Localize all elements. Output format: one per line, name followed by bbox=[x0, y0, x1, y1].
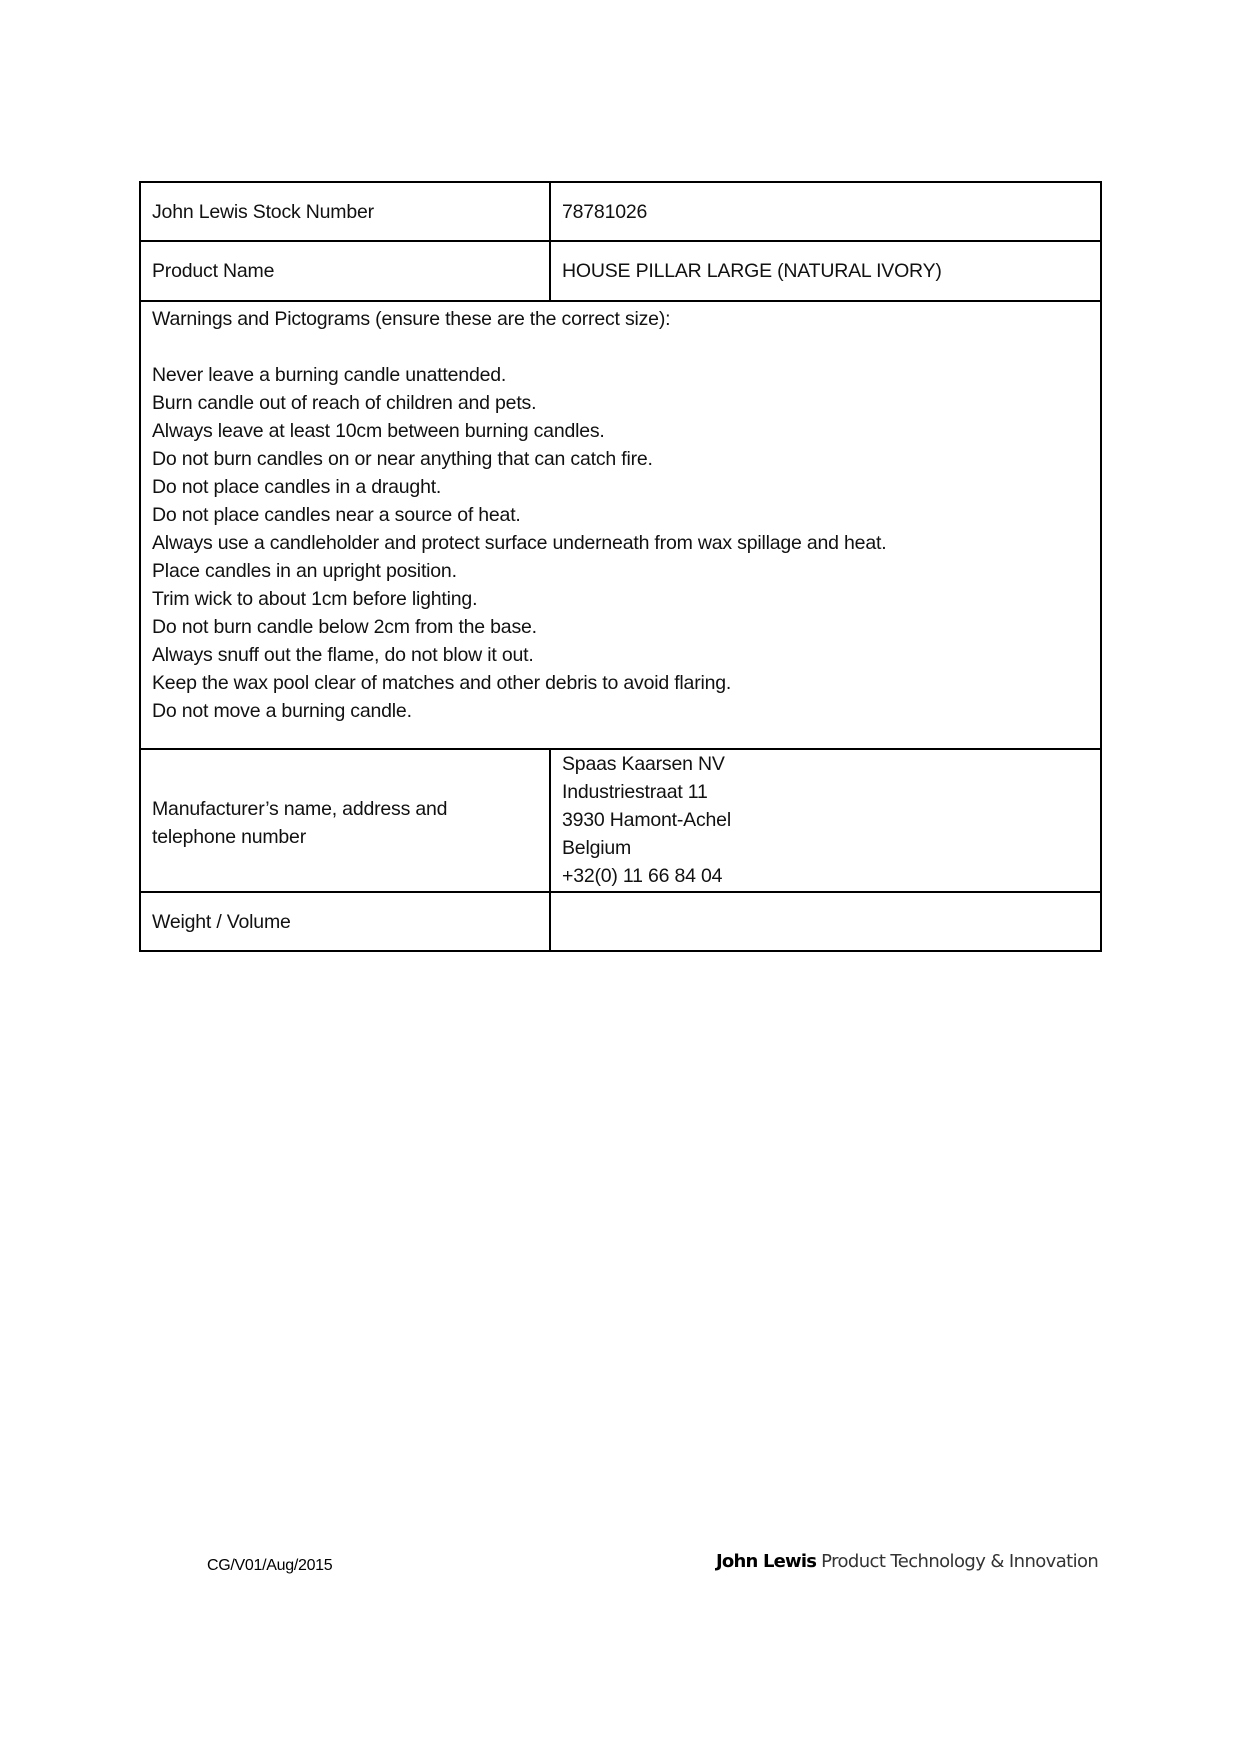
warnings-title: Warnings and Pictograms (ensure these ar… bbox=[152, 305, 1089, 333]
manufacturer-label-line: telephone number bbox=[152, 823, 447, 851]
manufacturer-city: 3930 Hamont-Achel bbox=[562, 806, 731, 834]
stock-number-value: 78781026 bbox=[551, 183, 1100, 240]
brand-name: John Lewis bbox=[716, 1551, 816, 1572]
warning-item: Always snuff out the flame, do not blow … bbox=[152, 641, 1089, 669]
manufacturer-company: Spaas Kaarsen NV bbox=[562, 750, 725, 778]
warnings-cell: Warnings and Pictograms (ensure these ar… bbox=[141, 302, 1100, 725]
manufacturer-phone: +32(0) 11 66 84 04 bbox=[562, 862, 722, 890]
manufacturer-details: Spaas Kaarsen NV Industriestraat 11 3930… bbox=[551, 750, 1100, 891]
brand-logo: John LewisProduct Technology & Innovatio… bbox=[716, 1551, 1098, 1572]
weight-volume-value bbox=[551, 893, 1100, 950]
warning-item: Place candles in an upright position. bbox=[152, 557, 1089, 585]
warning-item: Do not burn candle below 2cm from the ba… bbox=[152, 613, 1089, 641]
warnings-list: Never leave a burning candle unattended.… bbox=[152, 361, 1089, 725]
warning-item: Keep the wax pool clear of matches and o… bbox=[152, 669, 1089, 697]
product-name-value: HOUSE PILLAR LARGE (NATURAL IVORY) bbox=[551, 242, 1100, 300]
manufacturer-row: Manufacturer’s name, address and telepho… bbox=[141, 750, 1100, 893]
manufacturer-street: Industriestraat 11 bbox=[562, 778, 708, 806]
warning-item: Trim wick to about 1cm before lighting. bbox=[152, 585, 1089, 613]
warning-item: Do not burn candles on or near anything … bbox=[152, 445, 1089, 473]
manufacturer-country: Belgium bbox=[562, 834, 631, 862]
warning-item: Always use a candleholder and protect su… bbox=[152, 529, 1089, 557]
warning-item: Do not move a burning candle. bbox=[152, 697, 1089, 725]
spacer bbox=[152, 333, 1089, 361]
product-info-table: John Lewis Stock Number 78781026 Product… bbox=[139, 181, 1102, 952]
product-name-label: Product Name bbox=[141, 242, 551, 300]
weight-volume-row: Weight / Volume bbox=[141, 893, 1100, 950]
warning-item: Burn candle out of reach of children and… bbox=[152, 389, 1089, 417]
product-name-row: Product Name HOUSE PILLAR LARGE (NATURAL… bbox=[141, 242, 1100, 302]
document-code: CG/V01/Aug/2015 bbox=[207, 1557, 332, 1575]
warning-item: Do not place candles near a source of he… bbox=[152, 501, 1089, 529]
warning-item: Do not place candles in a draught. bbox=[152, 473, 1089, 501]
brand-tagline: Product Technology & Innovation bbox=[821, 1551, 1098, 1572]
warning-item: Never leave a burning candle unattended. bbox=[152, 361, 1089, 389]
warnings-row: Warnings and Pictograms (ensure these ar… bbox=[141, 302, 1100, 750]
stock-number-row: John Lewis Stock Number 78781026 bbox=[141, 183, 1100, 242]
manufacturer-label-line: Manufacturer’s name, address and bbox=[152, 795, 447, 823]
weight-volume-label: Weight / Volume bbox=[141, 893, 551, 950]
manufacturer-label: Manufacturer’s name, address and telepho… bbox=[141, 750, 551, 891]
stock-number-label: John Lewis Stock Number bbox=[141, 183, 551, 240]
warning-item: Always leave at least 10cm between burni… bbox=[152, 417, 1089, 445]
